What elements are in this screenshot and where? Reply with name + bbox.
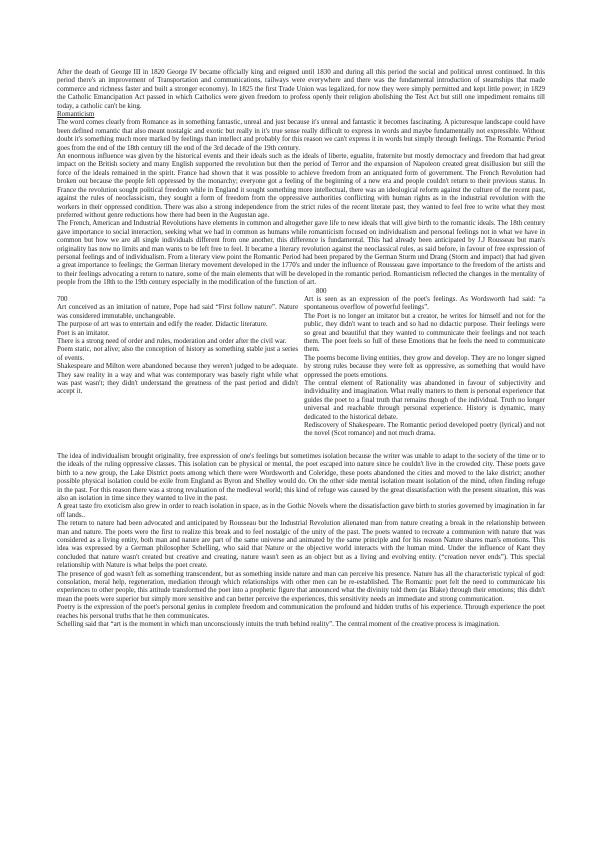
column-1800s-item: Rediscovery of Shakespeare. The Romantic… bbox=[304, 421, 545, 438]
column-1700s-item: Art conceived as an imitation of nature,… bbox=[57, 303, 298, 320]
column-1800s-item: Art is seen as an expression of the poet… bbox=[304, 295, 545, 312]
column-1800s: 800 Art is seen as an expression of the … bbox=[304, 287, 545, 438]
bottom-section: The idea of individualism brought origin… bbox=[57, 452, 545, 629]
column-1700s-item: Poet is an imitator. bbox=[57, 329, 298, 337]
paragraph-exoticism: A great taste fro exoticism also grew in… bbox=[57, 502, 545, 519]
document-page: After the death of George III in 1820 Ge… bbox=[0, 0, 596, 842]
paragraph-poetry-genius: Poetry is the expression of the poet's p… bbox=[57, 603, 545, 620]
column-1700s-item: Shakespeare and Milton were abandoned be… bbox=[57, 362, 298, 396]
column-1800s-item: The Poet is no longer an imitator but a … bbox=[304, 312, 545, 354]
paragraph-schelling-imagination: Schelling said that “art is the moment i… bbox=[57, 620, 545, 628]
column-1700s-item: The purpose of art was to entertain and … bbox=[57, 320, 298, 328]
column-label-800: 800 bbox=[304, 287, 545, 295]
paragraph-individualism-isolation: The idea of individualism brought origin… bbox=[57, 452, 545, 502]
comparison-columns: 700 Art conceived as an imitation of nat… bbox=[57, 287, 545, 438]
paragraph-revolutions-ideals: The French, American and Industrial Revo… bbox=[57, 219, 545, 286]
column-1700s: 700 Art conceived as an imitation of nat… bbox=[57, 287, 298, 438]
column-1800s-item: The central element of Rationality was a… bbox=[304, 379, 545, 421]
paragraph-historical-influence: An enormous influence was given by the h… bbox=[57, 152, 545, 219]
paragraph-romance-definition: The word comes clearly from Romance as i… bbox=[57, 118, 545, 152]
column-1800s-item: The poems become living entities, they g… bbox=[304, 354, 545, 379]
column-label-700: 700 bbox=[57, 295, 298, 303]
paragraph-return-to-nature: The return to nature had been advocated … bbox=[57, 519, 545, 569]
heading-romanticism: Romanticism bbox=[57, 110, 545, 118]
paragraph-presence-of-god: The presence of god wasn't felt as somet… bbox=[57, 570, 545, 604]
paragraph-george-iv: After the death of George III in 1820 Ge… bbox=[57, 68, 545, 110]
column-1700s-item: Poem static, not alive; also the concept… bbox=[57, 345, 298, 362]
column-1700s-item: There is a strong need of order and rule… bbox=[57, 337, 298, 345]
